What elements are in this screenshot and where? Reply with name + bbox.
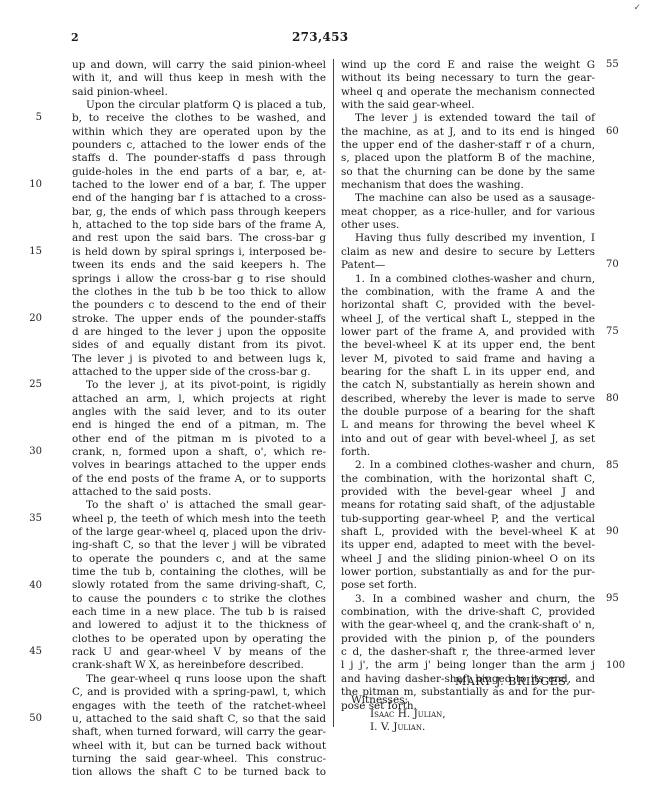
text-line: the catch N, substantially as herein sho… xyxy=(341,379,595,392)
text-line: mechanism that does the washing. xyxy=(341,179,595,192)
text-line: means for rotating said shaft, of the ad… xyxy=(341,499,595,512)
line-number: 100 xyxy=(606,660,625,671)
text-line: lever M, pivoted to said frame and havin… xyxy=(341,353,595,366)
right-text-column: wind up the cord E and raise the weight … xyxy=(341,59,595,713)
text-line: bearing for the shaft L in its upper end… xyxy=(341,366,595,379)
text-line: Having thus fully described my invention… xyxy=(341,232,595,245)
text-line: staffs d. The pounder-staffs d pass thro… xyxy=(72,152,326,165)
text-line: the machine, as at J, and to its end is … xyxy=(341,126,595,139)
text-line: The gear-wheel q runs loose upon the sha… xyxy=(72,673,326,686)
text-line: crank-shaft W X, as hereinbefore describ… xyxy=(72,659,326,672)
witness-name: Isaac H. Julian, xyxy=(370,708,446,720)
text-line: so that the churning can be done by the … xyxy=(341,166,595,179)
line-number: 10 xyxy=(20,179,42,190)
text-line: the upper end of the dasher-staff r of a… xyxy=(341,139,595,152)
text-line: c d, the dasher-shaft r, the three-armed… xyxy=(341,646,595,659)
text-line: and lowered to adjust it to the thicknes… xyxy=(72,619,326,632)
witnesses-label: Witnesses: xyxy=(351,694,408,706)
text-line: provided with the bevel-gear wheel J and xyxy=(341,486,595,499)
text-line: meat chopper, as a rice-huller, and for … xyxy=(341,206,595,219)
text-line: the combination, with the frame A and th… xyxy=(341,286,595,299)
line-number: 95 xyxy=(606,593,619,604)
text-line: wheel J and the sliding pinion-wheel O o… xyxy=(341,553,595,566)
text-line: tween its ends and the said keepers h. T… xyxy=(72,259,326,272)
line-number: 30 xyxy=(20,446,42,457)
text-line: bar, g, the ends of which pass through k… xyxy=(72,206,326,219)
text-line: to operate the pounders c, and at the sa… xyxy=(72,553,326,566)
line-number: 70 xyxy=(606,259,619,270)
text-line: the bevel-wheel K at its upper end, the … xyxy=(341,339,595,352)
text-line: C, and is provided with a spring-pawl, t… xyxy=(72,686,326,699)
text-line: pose set forth. xyxy=(341,579,595,592)
text-line: The lever j is extended toward the tail … xyxy=(341,112,595,125)
text-line: without its being necessary to turn the … xyxy=(341,72,595,85)
text-line: attached an arm, l, which projects at ri… xyxy=(72,393,326,406)
text-line: with the said gear-wheel. xyxy=(341,99,595,112)
text-line: To the lever j, at its pivot-point, is r… xyxy=(72,379,326,392)
line-number: 5 xyxy=(20,112,42,123)
text-line: clothes to be operated upon by operating… xyxy=(72,633,326,646)
text-line: of the large gear-wheel q, placed upon t… xyxy=(72,526,326,539)
text-line: other uses. xyxy=(341,219,595,232)
witness-name: I. V. Julian. xyxy=(370,721,425,733)
line-number: 40 xyxy=(20,580,42,591)
text-line: its upper end, adapted to meet with the … xyxy=(341,539,595,552)
text-line: ing-shaft C, so that the lever j will be… xyxy=(72,539,326,552)
text-line: up and down, will carry the said pinion-… xyxy=(72,59,326,72)
text-line: To the shaft o' is attached the small ge… xyxy=(72,499,326,512)
line-number: 85 xyxy=(606,460,619,471)
text-line: attached to the upper side of the cross-… xyxy=(72,366,326,379)
line-number: 60 xyxy=(606,126,619,137)
text-line: the double purpose of a bearing for the … xyxy=(341,406,595,419)
text-line: s, placed upon the platform B of the mac… xyxy=(341,152,595,165)
text-line: time the tub b, containing the clothes, … xyxy=(72,566,326,579)
text-line: volves in bearings attached to the upper… xyxy=(72,459,326,472)
line-number: 25 xyxy=(20,379,42,390)
text-line: attached to the said posts. xyxy=(72,486,326,499)
text-line: Patent— xyxy=(341,259,595,272)
line-number: 20 xyxy=(20,313,42,324)
line-number: 35 xyxy=(20,513,42,524)
text-line: end is hinged the end of a pitman, m. Th… xyxy=(72,419,326,432)
text-line: turning the said gear-wheel. This constr… xyxy=(72,753,326,766)
text-line: said pinion-wheel. xyxy=(72,86,326,99)
text-line: tion allows the shaft C to be turned bac… xyxy=(72,766,326,779)
text-line: of the end posts of the frame A, or to s… xyxy=(72,473,326,486)
text-line: with it, and will thus keep in mesh with… xyxy=(72,72,326,85)
text-line: guide-holes in the end parts of a bar, e… xyxy=(72,166,326,179)
text-line: and rest upon the said bars. The cross-b… xyxy=(72,232,326,245)
line-number: 90 xyxy=(606,526,619,537)
text-line: described, whereby the lever is made to … xyxy=(341,393,595,406)
text-line: rack U and gear-wheel V by means of the xyxy=(72,646,326,659)
text-line: the combination, with the horizontal sha… xyxy=(341,473,595,486)
text-line: springs i allow the cross-bar g to rise … xyxy=(72,273,326,286)
text-line: l j j', the arm j' being longer than the… xyxy=(341,659,595,672)
text-line: within which they are operated upon by t… xyxy=(72,126,326,139)
text-line: slowly rotated from the same driving-sha… xyxy=(72,579,326,592)
line-number: 45 xyxy=(20,646,42,657)
text-line: 2. In a combined clothes-washer and chur… xyxy=(341,459,595,472)
text-line: pounders c, attached to the lower ends o… xyxy=(72,139,326,152)
text-line: The lever j is pivoted to and between lu… xyxy=(72,353,326,366)
text-line: shaft, when turned forward, will carry t… xyxy=(72,726,326,739)
text-line: is held down by spiral springs i, interp… xyxy=(72,246,326,259)
column-divider xyxy=(333,59,334,727)
line-number: 75 xyxy=(606,326,619,337)
text-line: end of the hanging bar f is attached to … xyxy=(72,192,326,205)
line-number: 50 xyxy=(20,713,42,724)
text-line: Upon the circular platform Q is placed a… xyxy=(72,99,326,112)
text-line: each time in a new place. The tub b is r… xyxy=(72,606,326,619)
page-number: 2 xyxy=(71,31,79,44)
text-line: u, attached to the said shaft C, so that… xyxy=(72,713,326,726)
text-line: wheel q and operate the mechanism connec… xyxy=(341,86,595,99)
text-line: 1. In a combined clothes-washer and chur… xyxy=(341,273,595,286)
text-line: wheel J, of the vertical shaft L, steppe… xyxy=(341,313,595,326)
text-line: wind up the cord E and raise the weight … xyxy=(341,59,595,72)
text-line: to cause the pounders c to strike the cl… xyxy=(72,593,326,606)
text-line: L and means for throwing the bevel wheel… xyxy=(341,419,595,432)
text-line: 3. In a combined washer and churn, the xyxy=(341,593,595,606)
text-line: lower part of the frame A, and provided … xyxy=(341,326,595,339)
line-number: 55 xyxy=(606,59,619,70)
text-line: tached to the lower end of a bar, f. The… xyxy=(72,179,326,192)
text-line: provided with the pinion p, of the pound… xyxy=(341,633,595,646)
text-line: sides of and equally distant from its pi… xyxy=(72,339,326,352)
text-line: b, to receive the clothes to be washed, … xyxy=(72,112,326,125)
line-number: 80 xyxy=(606,393,619,404)
left-text-column: up and down, will carry the said pinion-… xyxy=(72,59,326,780)
text-line: The machine can also be used as a sausag… xyxy=(341,192,595,205)
text-line: with the gear-wheel q, and the crank-sha… xyxy=(341,619,595,632)
text-line: forth. xyxy=(341,446,595,459)
text-line: crank, n, formed upon a shaft, o', which… xyxy=(72,446,326,459)
text-line: wheel p, the teeth of which mesh into th… xyxy=(72,513,326,526)
text-line: stroke. The upper ends of the pounder-st… xyxy=(72,313,326,326)
text-line: tub-supporting gear-wheel P, and the ver… xyxy=(341,513,595,526)
line-number: 15 xyxy=(20,246,42,257)
text-line: wheel with it, but can be turned back wi… xyxy=(72,740,326,753)
text-line: the pounders c to descend to the end of … xyxy=(72,299,326,312)
text-line: h, attached to the top side bars of the … xyxy=(72,219,326,232)
text-line: lower portion, substantially as and for … xyxy=(341,566,595,579)
text-line: engages with the teeth of the ratchet-wh… xyxy=(72,700,326,713)
text-line: horizontal shaft C, provided with the be… xyxy=(341,299,595,312)
text-line: claim as new and desire to secure by Let… xyxy=(341,246,595,259)
text-line: combination, with the drive-shaft C, pro… xyxy=(341,606,595,619)
corner-check-mark: ✓ xyxy=(633,3,641,13)
text-line: the clothes in the tub b be too thick to… xyxy=(72,286,326,299)
patent-number: 273,453 xyxy=(292,30,348,44)
text-line: into and out of gear with bevel-wheel J,… xyxy=(341,433,595,446)
inventor-signature: MARY J. BRIDGES. xyxy=(455,675,570,688)
text-line: d are hinged to the lever j upon the opp… xyxy=(72,326,326,339)
text-line: other end of the pitman m is pivoted to … xyxy=(72,433,326,446)
text-line: angles with the said lever, and to its o… xyxy=(72,406,326,419)
text-line: shaft L, provided with the bevel-wheel K… xyxy=(341,526,595,539)
